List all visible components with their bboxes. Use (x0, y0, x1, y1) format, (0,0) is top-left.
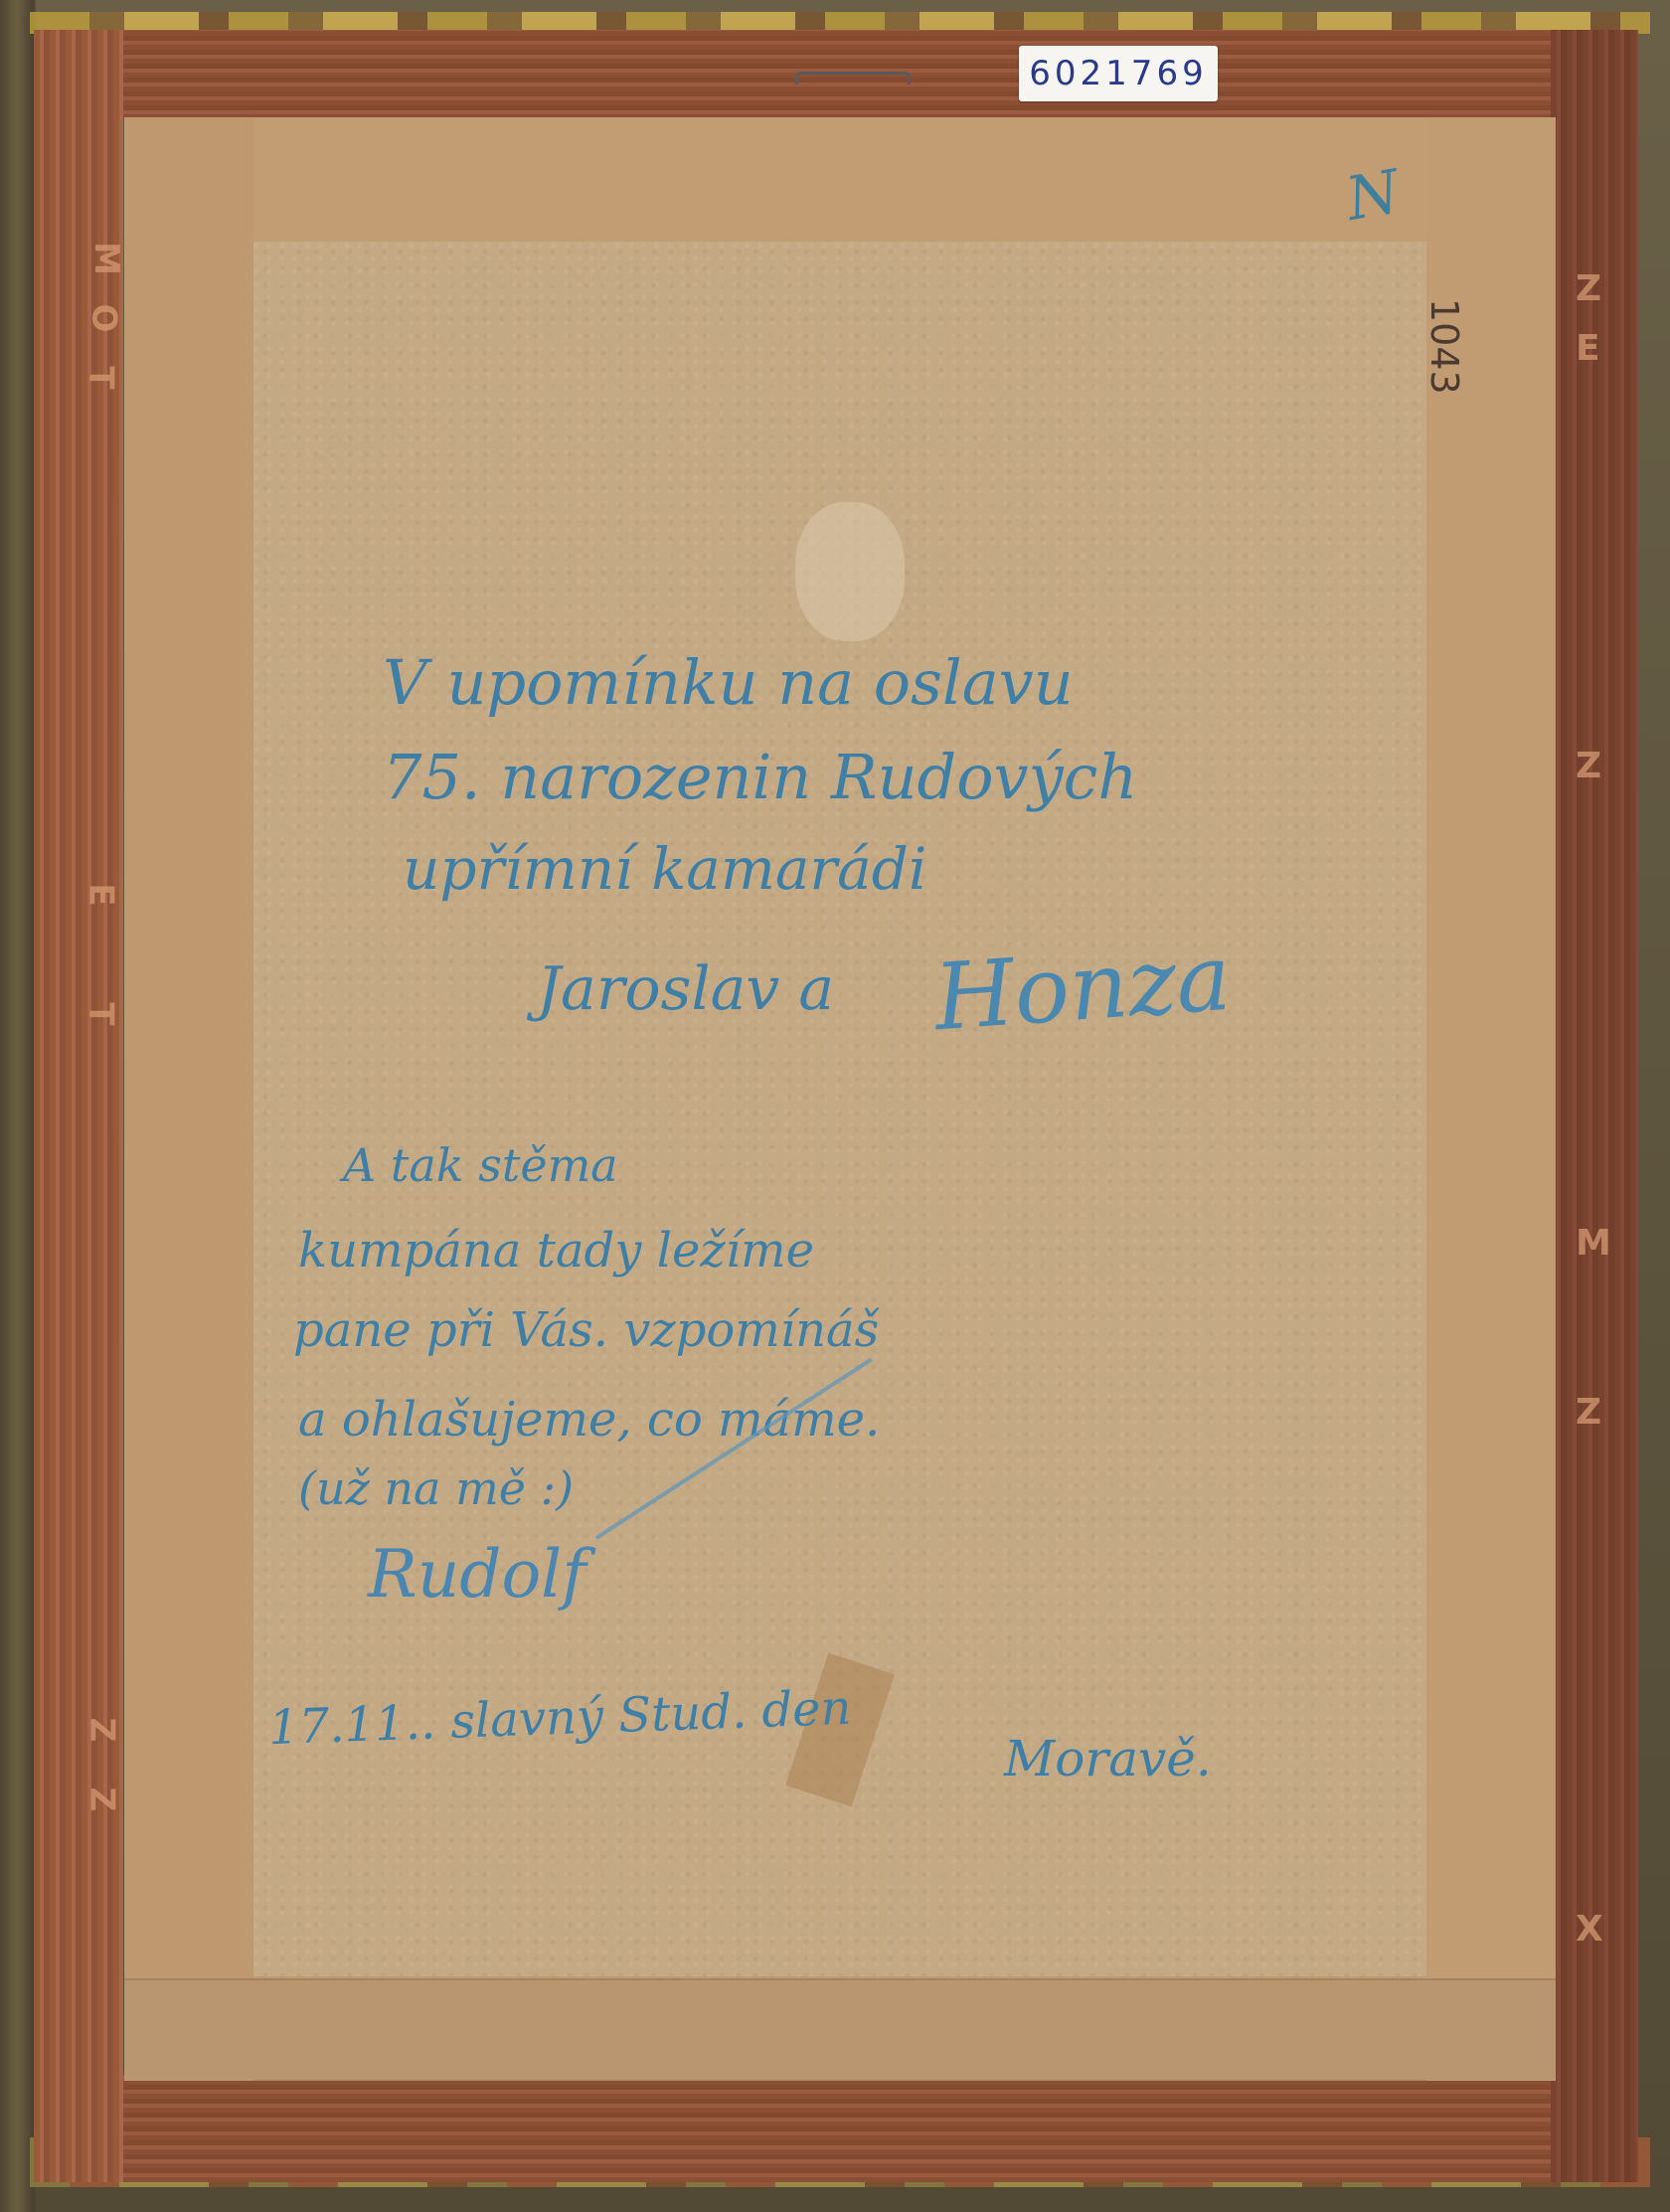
frame-stamp-left: M (86, 242, 126, 275)
signature-honza: Honza (931, 925, 1235, 1052)
tape-strip-right (1426, 117, 1556, 2081)
inventory-number: 6021769 (1029, 54, 1207, 93)
note-line: a ohlašujeme, co máme. (298, 1392, 880, 1447)
hanging-wire-hook-icon (795, 72, 911, 85)
inscription-line: upřímní kamarádi (403, 835, 926, 903)
note-line: (už na mě :) (298, 1461, 574, 1515)
pencil-number: 1043 (1422, 298, 1466, 395)
inventory-sticker: 6021769 (1019, 46, 1218, 101)
frame-stamp-left: E (82, 883, 121, 906)
inscription-line: 75. narozenin Rudových (383, 741, 1137, 813)
note-line: A tak stěma (343, 1138, 618, 1192)
frame-stamp-right: Z (1576, 746, 1601, 786)
tape-strip-left (124, 117, 253, 2081)
frame-bar-left (34, 30, 123, 2182)
tape-strip-bottom (124, 1978, 1556, 2080)
frame-stamp-right: Z (1576, 1392, 1601, 1433)
frame-stamp-right: E (1576, 328, 1600, 369)
frame-stamp-left: Z (82, 1787, 121, 1812)
frame-stamp-left: T (82, 1002, 121, 1025)
frame-stamp-left: T (82, 366, 121, 389)
frame-stamp-left: O (83, 304, 123, 333)
tape-strip-top (124, 117, 1556, 244)
panel-tear-mark (795, 502, 905, 641)
frame-stamp-right: Z (1576, 268, 1601, 309)
inscription-line: V upomínku na oslavu (383, 646, 1074, 719)
frame-stamp-right: M (1576, 1223, 1611, 1264)
frame-stamp-right: X (1576, 1909, 1603, 1950)
inscription-line: Jaroslav a (537, 954, 834, 1024)
place-line: Moravě. (1004, 1730, 1212, 1787)
frame-stamp-left: Z (82, 1718, 121, 1743)
note-line: kumpána tady ležíme (298, 1223, 814, 1278)
frame-bar-bottom (34, 2073, 1636, 2182)
note-line: pane při Vás. vzpomínáš (293, 1302, 879, 1358)
signature-rudolf: Rudolf (368, 1536, 586, 1613)
blue-corner-mark: N (1341, 157, 1405, 235)
